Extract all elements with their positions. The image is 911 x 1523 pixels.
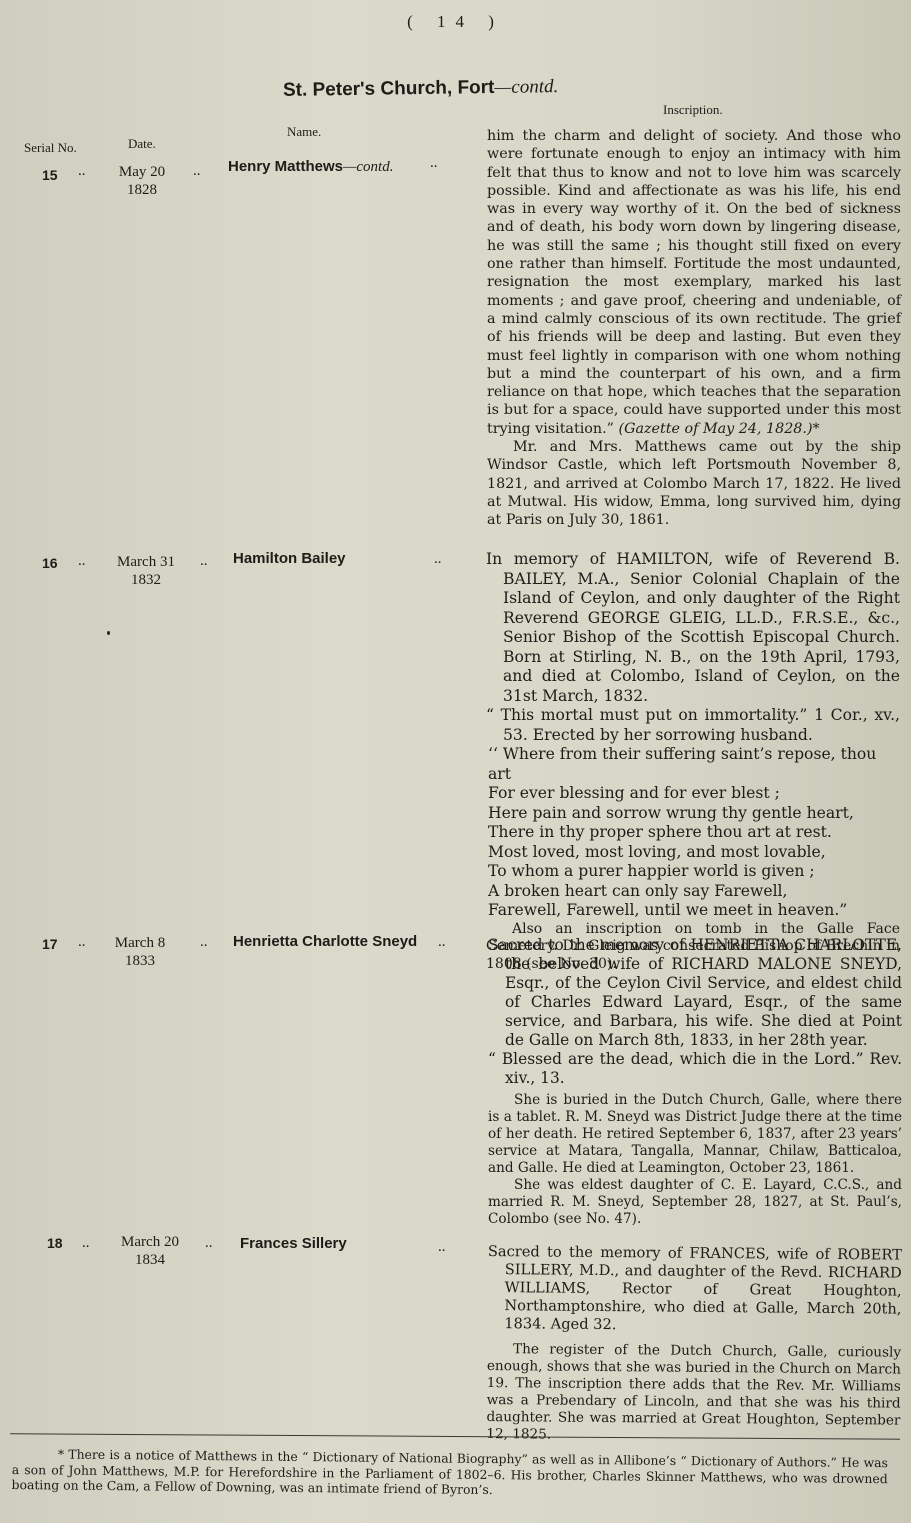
- scripture-quote: “ This mortal must put on immortality.” …: [486, 706, 900, 745]
- leader-dots: ..: [193, 163, 201, 180]
- poem-line: To whom a purer happier world is given ;: [488, 862, 900, 882]
- leader-dots: ..: [82, 1235, 90, 1252]
- name-text: Henry Matthews: [228, 158, 343, 175]
- entry-date: March 201834: [110, 1233, 190, 1269]
- biographical-note: Mr. and Mrs. Matthews came out by the sh…: [487, 438, 901, 529]
- date-year: 1834: [135, 1252, 165, 1268]
- date-day: March 20: [121, 1234, 179, 1250]
- inscription-text: Sacred to the memory of HENRIETTA CHARLO…: [488, 936, 902, 1050]
- entry-name: Henrietta Charlotte Sneyd: [233, 933, 417, 950]
- page-number: ( 14 ): [0, 12, 911, 32]
- serial-number: 17: [42, 936, 58, 952]
- biographical-note: The register of the Dutch Church, Galle,…: [486, 1341, 901, 1447]
- poem-line: A broken heart can only say Farewell,: [488, 882, 900, 902]
- scripture-quote: “ Blessed are the dead, which die in the…: [488, 1050, 902, 1088]
- date-year: 1833: [125, 953, 155, 969]
- leader-dots: ..: [205, 1235, 213, 1252]
- serial-number: 16: [42, 555, 58, 571]
- column-header-serial: Serial No.: [24, 140, 77, 156]
- title-text: St. Peter's Church, Fort: [283, 77, 495, 101]
- serial-number: 15: [42, 167, 58, 183]
- entry-name: Henry Matthews—contd.: [228, 158, 393, 176]
- date-day: March 8: [115, 935, 165, 951]
- inscription-text: Sacred to the memory of FRANCES, wife of…: [487, 1243, 902, 1337]
- poem-line: Here pain and sorrow wrung thy gentle he…: [488, 804, 900, 824]
- poem-line: For ever blessing and for ever blest ;: [488, 784, 900, 804]
- column-header-name: Name.: [287, 124, 321, 140]
- entry-date: May 201828: [102, 163, 182, 199]
- page-title: St. Peter's Church, Fort—contd.: [283, 76, 559, 102]
- leader-dots: ..: [200, 553, 208, 570]
- poem-line: Farewell, Farewell, until we meet in hea…: [488, 901, 900, 921]
- leader-dots: ..: [78, 163, 86, 180]
- entry-name: Frances Sillery: [240, 1235, 347, 1252]
- entry-name: Hamilton Bailey: [233, 550, 346, 567]
- leader-dots: ..: [78, 553, 86, 570]
- biographical-note: She is buried in the Dutch Church, Galle…: [488, 1092, 902, 1177]
- leader-dots: ..: [430, 155, 438, 172]
- column-header-date: Date.: [128, 136, 156, 152]
- poem-line: There in thy proper sphere thou art at r…: [488, 823, 900, 843]
- title-suffix: —contd.: [494, 76, 558, 98]
- name-suffix: —contd.: [343, 159, 393, 175]
- date-year: 1828: [127, 182, 157, 198]
- entry-date: March 81833: [100, 934, 180, 970]
- inscription-text: him the charm and delight of society. An…: [487, 127, 901, 438]
- date-year: 1832: [131, 572, 161, 588]
- serial-number: 18: [47, 1235, 63, 1251]
- leader-dots: ..: [438, 934, 446, 951]
- column-header-inscription: Inscription.: [663, 102, 723, 118]
- inscription: In memory of HAMILTON, wife of Reverend …: [486, 550, 900, 973]
- date-day: May 20: [119, 164, 165, 180]
- date-day: March 31: [117, 554, 175, 570]
- inscription: Sacred to the memory of HENRIETTA CHARLO…: [488, 936, 902, 1228]
- entry-date: March 311832: [106, 553, 186, 589]
- leader-dots: ..: [434, 551, 442, 568]
- ink-speck: [107, 631, 110, 635]
- footnote-text: * There is a notice of Matthews in the “…: [12, 1446, 888, 1502]
- poem-line: ‘‘ Where from their suffering saint’s re…: [488, 745, 900, 784]
- poem-line: Most loved, most loving, and most lovabl…: [488, 843, 900, 863]
- leader-dots: ..: [78, 934, 86, 951]
- inscription-text: In memory of HAMILTON, wife of Reverend …: [486, 550, 900, 706]
- source-citation: (Gazette of May 24, 1828.)*: [619, 421, 820, 437]
- inscription: Sacred to the memory of FRANCES, wife of…: [486, 1243, 902, 1447]
- biographical-note: She was eldest daughter of C. E. Layard,…: [488, 1177, 902, 1228]
- poem: ‘‘ Where from their suffering saint’s re…: [486, 745, 900, 921]
- leader-dots: ..: [438, 1239, 446, 1256]
- inscription: him the charm and delight of society. An…: [487, 127, 901, 530]
- footnote: * There is a notice of Matthews in the “…: [12, 1446, 888, 1502]
- leader-dots: ..: [200, 934, 208, 951]
